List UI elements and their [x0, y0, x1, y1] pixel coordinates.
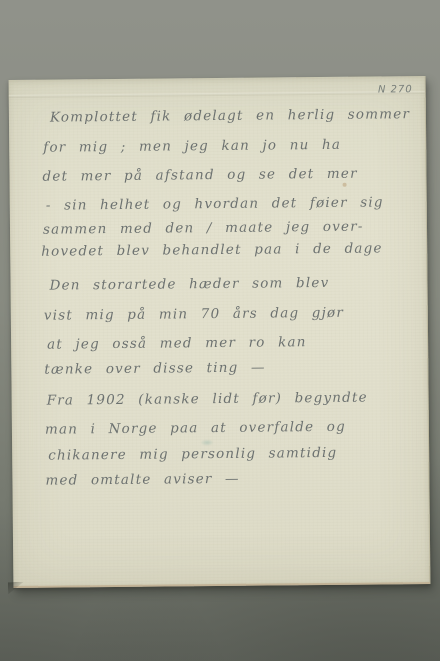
handwriting-line: hovedet blev behandlet paa i de dage — [41, 238, 383, 261]
archive-number: N 270 — [378, 84, 413, 95]
handwriting-line: man i Norge paa at overfalde og — [45, 417, 346, 440]
handwriting-line: at jeg osså med mer ro kan — [47, 332, 307, 354]
handwriting-line: for mig ; men jeg kan jo nu ha — [43, 135, 341, 158]
paper-crease — [9, 91, 425, 98]
handwriting-line: tænke over disse ting — — [44, 358, 266, 380]
handwriting-line: Den storartede hæder som blev — [49, 273, 329, 296]
handwriting-line: Fra 1902 (kanske lidt før) begyndte — [47, 388, 368, 411]
handwriting-line: det mer på afstand og se det mer — [42, 164, 357, 187]
handwriting-line: Komplottet fik ødelagt en herlig sommer — [50, 104, 410, 127]
handwriting-line: sammen med den / maate jeg over- — [43, 217, 364, 240]
handwriting-line: med omtalte aviser — — [45, 469, 239, 491]
letter-paper: N 270 Komplottet fik ødelagt en herlig s… — [9, 76, 431, 588]
photo-background: N 270 Komplottet fik ødelagt en herlig s… — [0, 0, 440, 661]
handwriting-line: vist mig på min 70 års dag gjør — [44, 303, 344, 326]
handwriting-line: - sin helhet og hvordan det føier sig — [46, 192, 384, 215]
handwriting-line: chikanere mig personlig samtidig — [48, 443, 337, 466]
